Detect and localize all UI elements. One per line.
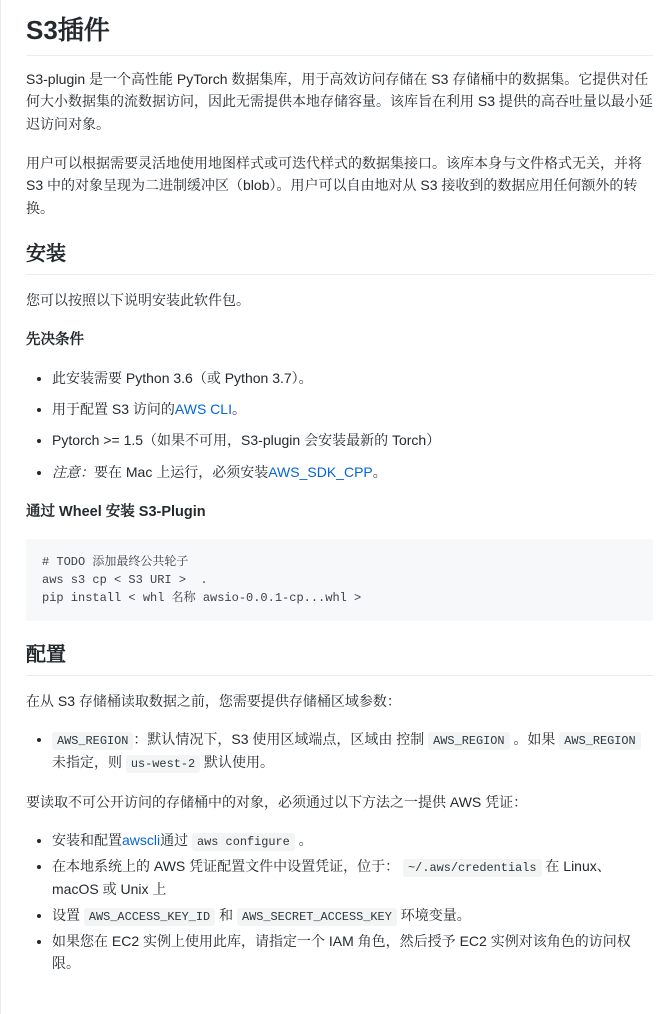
inline-link[interactable]: AWS_SDK_CPP <box>268 464 373 480</box>
list-item: 设置 AWS_ACCESS_KEY_ID 和 AWS_SECRET_ACCESS… <box>52 904 653 927</box>
inline-code: AWS_REGION <box>52 732 133 750</box>
inline-code: AWS_REGION <box>428 732 509 750</box>
intro-paragraph-1: S3-plugin 是一个高性能 PyTorch 数据集库，用于高效访问存储在 … <box>26 68 653 136</box>
wheel-install-heading: 通过 Wheel 安装 S3-Plugin <box>26 501 653 524</box>
text-segment: 。 <box>295 832 313 848</box>
text-segment: 安装和配置 <box>52 832 122 848</box>
list-item: 如果您在 EC2 实例上使用此库，请指定一个 IAM 角色，然后授予 EC2 实… <box>52 930 653 975</box>
emphasis-text: 注意： <box>52 464 94 480</box>
list-item: 注意：要在 Mac 上运行，必须安装AWS_SDK_CPP。 <box>52 461 653 483</box>
prerequisites-heading: 先决条件 <box>26 329 653 352</box>
inline-code: AWS_ACCESS_KEY_ID <box>84 908 215 926</box>
text-segment: 通过 <box>160 832 192 848</box>
inline-code: AWS_SECRET_ACCESS_KEY <box>237 908 397 926</box>
text-segment: 在本地系统上的 AWS 凭证配置文件中设置凭证，位于： <box>52 858 403 874</box>
list-item: AWS_REGION：默认情况下，S3 使用区域端点，区域由 控制 AWS_RE… <box>52 728 653 774</box>
page-title: S3插件 <box>26 14 653 56</box>
text-segment: Pytorch >= 1.5（如果不可用，S3-plugin 会安装最新的 To… <box>52 432 440 448</box>
credentials-list: 安装和配置awscli通过 aws configure 。 在本地系统上的 AW… <box>26 829 653 974</box>
list-item: 安装和配置awscli通过 aws configure 。 <box>52 829 653 852</box>
inline-link[interactable]: awscli <box>122 832 160 848</box>
config-region-intro: 在从 S3 存储桶读取数据之前，您需要提供存储桶区域参数： <box>26 690 653 713</box>
list-item: Pytorch >= 1.5（如果不可用，S3-plugin 会安装最新的 To… <box>52 429 653 451</box>
inline-code: aws configure <box>192 833 295 851</box>
inline-link[interactable]: AWS CLI <box>175 401 232 417</box>
list-item: 在本地系统上的 AWS 凭证配置文件中设置凭证，位于： ~/.aws/crede… <box>52 855 653 900</box>
text-segment: 。 <box>373 464 387 480</box>
text-segment: 。如果 <box>510 731 560 747</box>
inline-code: AWS_REGION <box>559 732 640 750</box>
list-item: 此安装需要 Python 3.6（或 Python 3.7）。 <box>52 367 653 389</box>
region-list: AWS_REGION：默认情况下，S3 使用区域端点，区域由 控制 AWS_RE… <box>26 728 653 774</box>
text-segment: 未指定，则 <box>52 754 126 770</box>
section-heading-install: 安装 <box>26 242 653 275</box>
list-item: 用于配置 S3 访问的AWS CLI。 <box>52 398 653 420</box>
intro-paragraph-2: 用户可以根据需要灵活地使用地图样式或可迭代样式的数据集接口。该库本身与文件格式无… <box>26 152 653 220</box>
text-segment: 和 <box>215 907 237 923</box>
text-segment: 用于配置 S3 访问的 <box>52 401 175 417</box>
text-segment: 环境变量。 <box>397 907 471 923</box>
text-segment: ：默认情况下，S3 使用区域端点，区域由 控制 <box>133 731 428 747</box>
inline-code: us-west-2 <box>126 755 200 773</box>
credentials-intro: 要读取不可公开访问的存储桶中的对象，必须通过以下方法之一提供 AWS 凭证： <box>26 791 653 814</box>
section-heading-config: 配置 <box>26 643 653 676</box>
text-segment: 要在 Mac 上运行，必须安装 <box>94 464 268 480</box>
install-intro-text: 您可以按照以下说明安装此软件包。 <box>26 289 653 312</box>
code-block-content: # TODO 添加最终公共轮子 aws s3 cp < S3 URI > . p… <box>42 555 361 605</box>
code-block: # TODO 添加最终公共轮子 aws s3 cp < S3 URI > . p… <box>26 539 653 621</box>
text-segment: 设置 <box>52 907 84 923</box>
text-segment: 。 <box>232 401 246 417</box>
text-segment: 如果您在 EC2 实例上使用此库，请指定一个 IAM 角色，然后授予 EC2 实… <box>52 933 631 971</box>
readme-document: S3插件 S3-plugin 是一个高性能 PyTorch 数据集库，用于高效访… <box>1 0 665 1014</box>
text-segment: 此安装需要 Python 3.6（或 Python 3.7）。 <box>52 370 313 386</box>
prerequisites-list: 此安装需要 Python 3.6（或 Python 3.7）。 用于配置 S3 … <box>26 367 653 484</box>
inline-code: ~/.aws/credentials <box>403 859 541 877</box>
text-segment: 默认使用。 <box>200 754 274 770</box>
